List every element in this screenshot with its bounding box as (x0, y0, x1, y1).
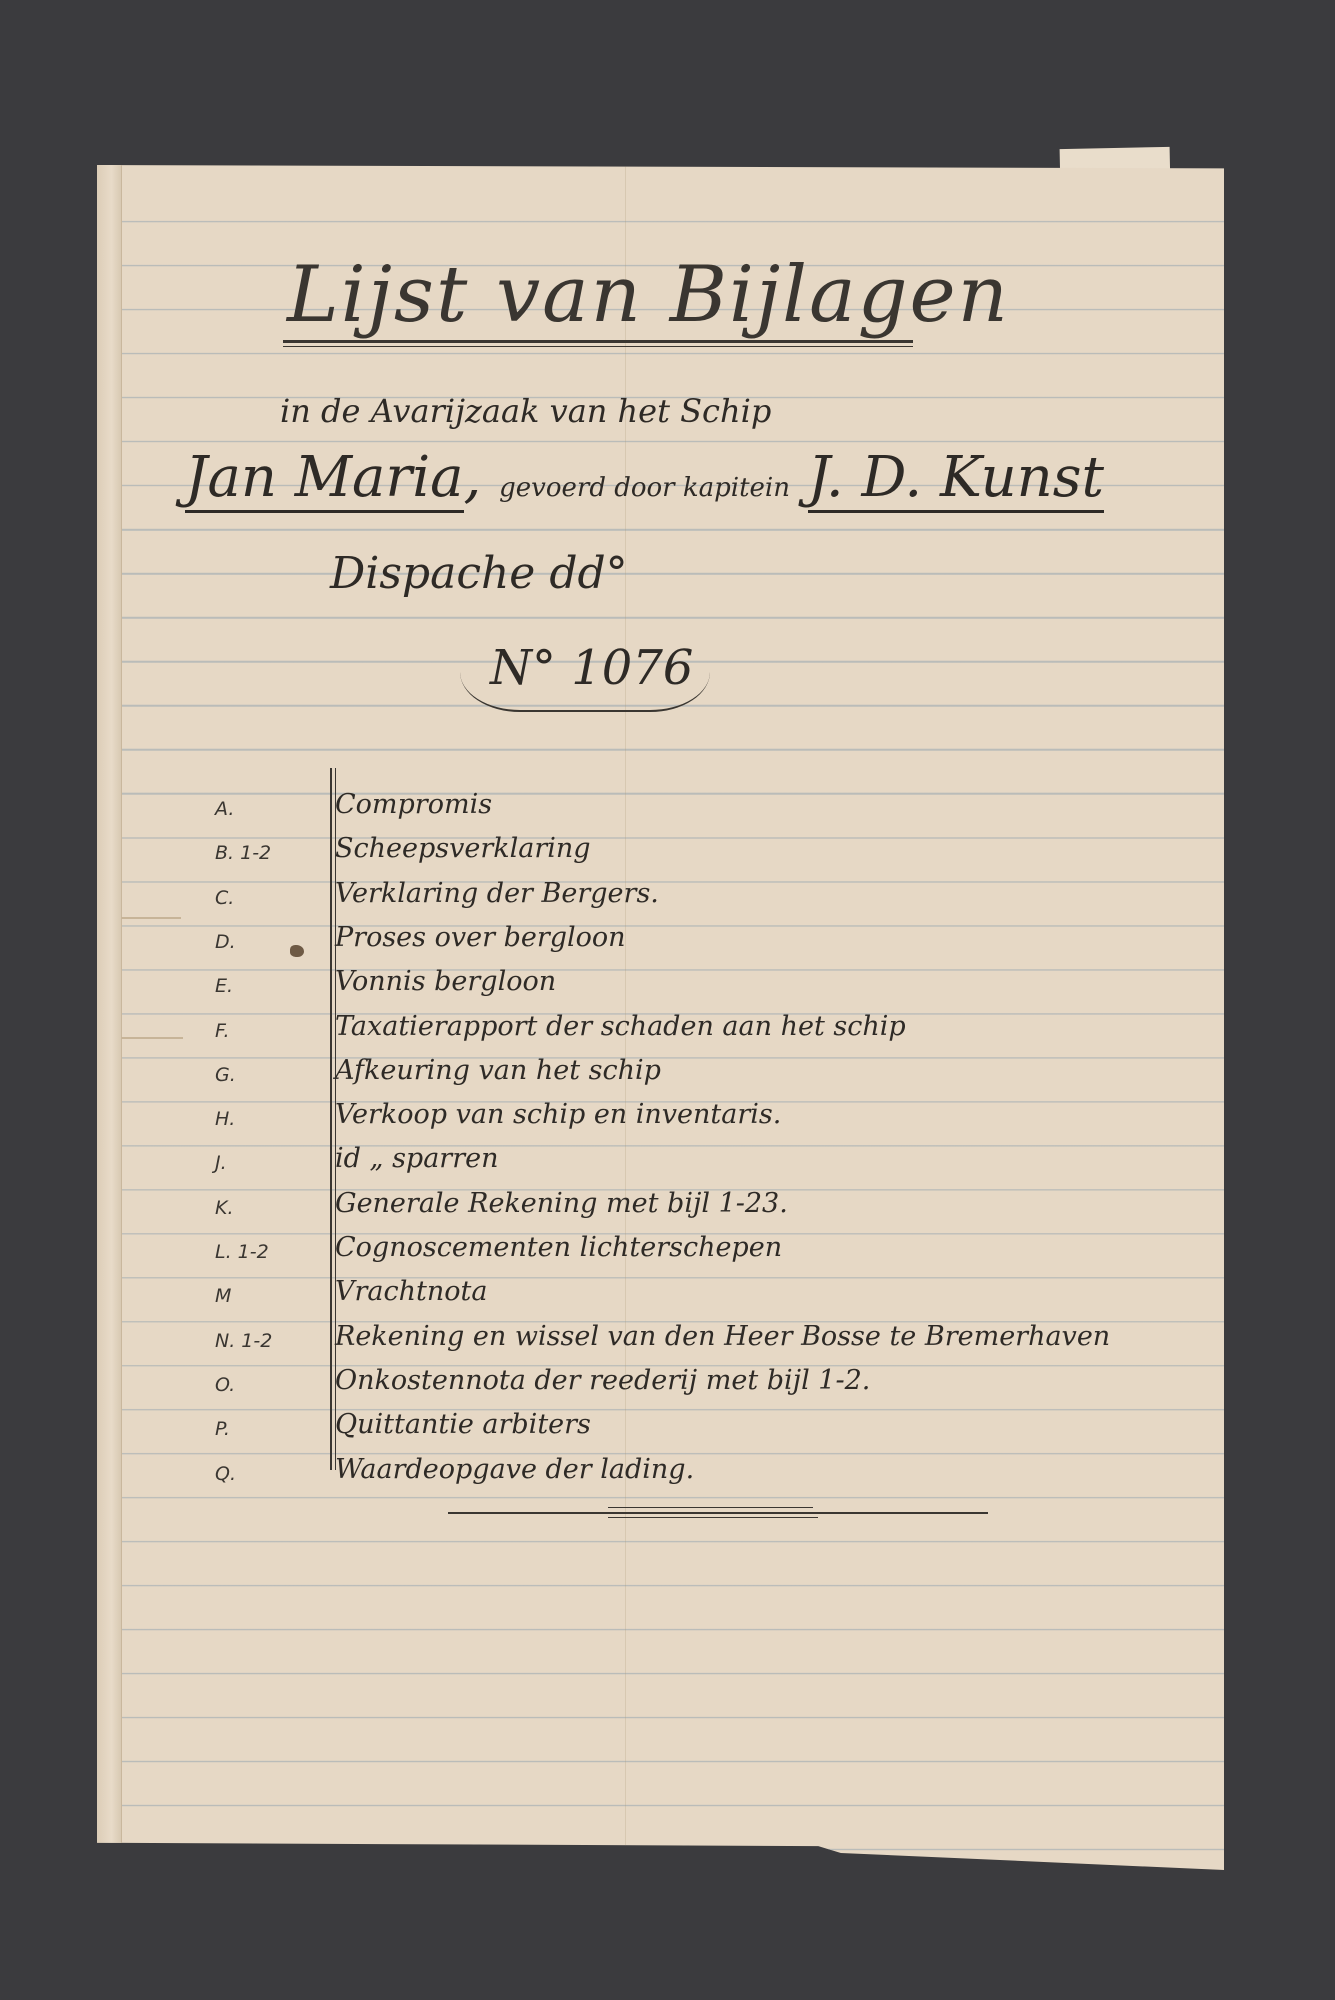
annex-code: H. (215, 1108, 335, 1130)
tear-mark (121, 1037, 183, 1039)
annex-description: Compromis (335, 789, 492, 820)
comma: , (464, 445, 482, 510)
annex-description: Afkeuring van het schip (335, 1055, 661, 1086)
annex-description: Verklaring der Bergers. (335, 878, 659, 909)
document-subtitle: in de Avarijzaak van het Schip (280, 392, 771, 430)
annex-row: J.id „ sparren (215, 1130, 499, 1174)
annex-code: M (215, 1285, 335, 1307)
annex-description: Quittantie arbiters (335, 1409, 591, 1440)
annex-row: H.Verkoop van schip en inventaris. (215, 1086, 781, 1130)
title-underline (283, 340, 913, 343)
annex-row: O.Onkostennota der reederij met bijl 1-2… (215, 1352, 870, 1396)
annex-code: J. (215, 1152, 335, 1174)
annex-description: Verkoop van schip en inventaris. (335, 1099, 781, 1130)
annex-description: Rekening en wissel van den Heer Bosse te… (335, 1321, 1110, 1352)
annex-code: K. (215, 1197, 335, 1219)
annex-code: G. (215, 1064, 335, 1086)
annex-code: E. (215, 975, 335, 997)
annex-row: G.Afkeuring van het schip (215, 1042, 661, 1086)
annex-code: Q. (215, 1463, 335, 1485)
annex-code: A. (215, 798, 335, 820)
annex-row: F.Taxatierapport der schaden aan het sch… (215, 998, 906, 1042)
annex-description: Vonnis bergloon (335, 966, 556, 997)
annex-description: Taxatierapport der schaden aan het schip (335, 1011, 906, 1042)
annex-row: L. 1-2Cognoscementen lichterschepen (215, 1219, 782, 1263)
ship-line: Jan Maria, gevoerd door kapitein J. D. K… (185, 445, 1104, 510)
annex-description: Onkostennota der reederij met bijl 1-2. (335, 1365, 870, 1396)
annex-description: Generale Rekening met bijl 1-23. (335, 1188, 788, 1219)
annex-row: D.Proses over berglοon (215, 909, 626, 953)
annex-description: Vrachtnota (335, 1276, 487, 1307)
annex-row: E.Vonnis bergloon (215, 953, 556, 997)
annex-code: D. (215, 931, 335, 953)
annex-code: B. 1-2 (215, 842, 335, 864)
annex-row: A.Compromis (215, 776, 492, 820)
annex-row: N. 1-2Rekening en wissel van den Heer Bo… (215, 1308, 1110, 1352)
document-title: Lijst van Bijlagen (287, 250, 1010, 340)
annex-row: P.Quittantie arbiters (215, 1396, 591, 1440)
annex-description: Cognoscementen lichterschepen (335, 1232, 782, 1263)
annex-row: C.Verklaring der Bergers. (215, 865, 659, 909)
ship-name: Jan Maria (185, 445, 464, 513)
annex-description: Waardeopgave der lading. (335, 1454, 694, 1485)
captain-name: J. D. Kunst (808, 445, 1104, 513)
annex-description: Proses over berglοon (335, 922, 626, 953)
dispache-label: Dispache dd° (330, 548, 628, 599)
sheet-spine (97, 165, 122, 1870)
dispache-number: N° 1076 (490, 640, 693, 696)
annex-code: F. (215, 1020, 335, 1042)
annex-description: Scheepsverklaring (335, 833, 591, 864)
annex-row: K.Generale Rekening met bijl 1-23. (215, 1175, 788, 1219)
annex-code: O. (215, 1374, 335, 1396)
annex-description: id „ sparren (335, 1143, 499, 1174)
tear-mark (121, 917, 181, 919)
annex-row: B. 1-2Scheepsverklaring (215, 820, 591, 864)
annex-code: N. 1-2 (215, 1330, 335, 1352)
annex-code: C. (215, 887, 335, 909)
annex-code: L. 1-2 (215, 1241, 335, 1263)
annex-code: P. (215, 1418, 335, 1440)
commanded-by: gevoerd door kapitein (499, 473, 790, 503)
annex-row: MVrachtnota (215, 1263, 487, 1307)
annex-row: Q.Waardeopgave der lading. (215, 1441, 694, 1485)
title-underline (283, 346, 913, 347)
